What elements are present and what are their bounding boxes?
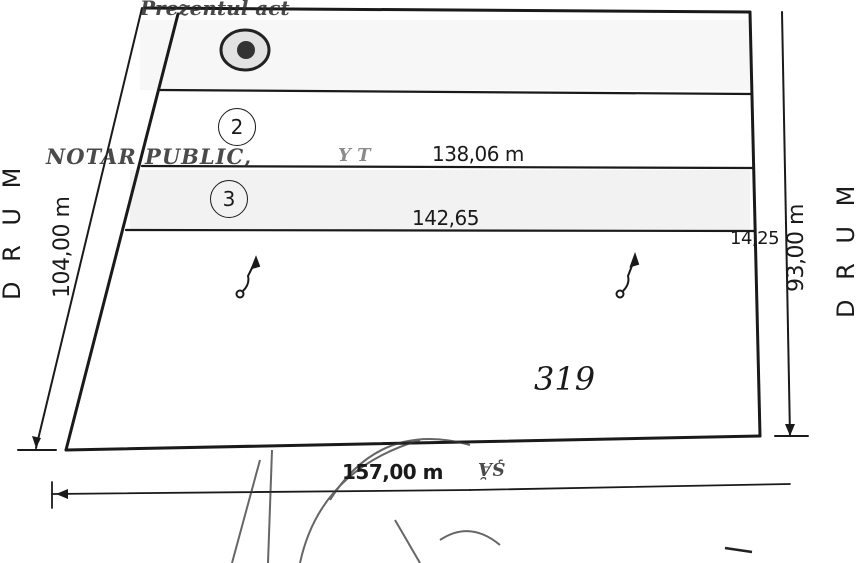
notary-stamp-fragment: Y T xyxy=(338,145,371,166)
boundary-marker-icon-right xyxy=(617,255,639,298)
seal-text-fragment: ŞĂ xyxy=(478,458,505,479)
middle-strip-length: 142,65 xyxy=(412,206,479,230)
arrow-left-down-icon xyxy=(32,436,41,448)
header-stamp-text: Prezentul act xyxy=(140,0,290,20)
top-strip-length: 138,06 m xyxy=(432,142,524,166)
bottom-dimension-line xyxy=(52,490,470,494)
strip-divider-1 xyxy=(160,90,752,94)
parcel-right-edge xyxy=(750,12,760,436)
scribble-mark xyxy=(725,548,752,552)
left-road-label: D R U M xyxy=(0,162,26,300)
strip-3-marker: 3 xyxy=(210,180,248,218)
left-side-length: 104,00 m xyxy=(50,197,75,298)
parcel-number: 319 xyxy=(534,360,595,398)
bottom-dimension-line-right xyxy=(470,484,790,490)
strip-divider-3 xyxy=(126,230,755,231)
parcel-left-edge xyxy=(66,14,178,450)
right-road-label: D R U M xyxy=(832,180,860,318)
notary-stamp-text: NOTAR PUBLIC, xyxy=(46,144,252,169)
seal-icon xyxy=(221,30,269,70)
right-side-length: 93,00 m xyxy=(784,204,809,292)
right-small-dimension: 14,25 xyxy=(730,228,779,249)
bottom-length: 157,00 m xyxy=(342,460,443,484)
arrow-bottom-left-icon xyxy=(56,489,68,499)
notary-round-stamp-icon xyxy=(232,439,500,563)
arrow-right-down-icon xyxy=(785,424,795,436)
strip-2-marker: 2 xyxy=(218,108,256,146)
boundary-marker-icon-left xyxy=(237,258,260,298)
